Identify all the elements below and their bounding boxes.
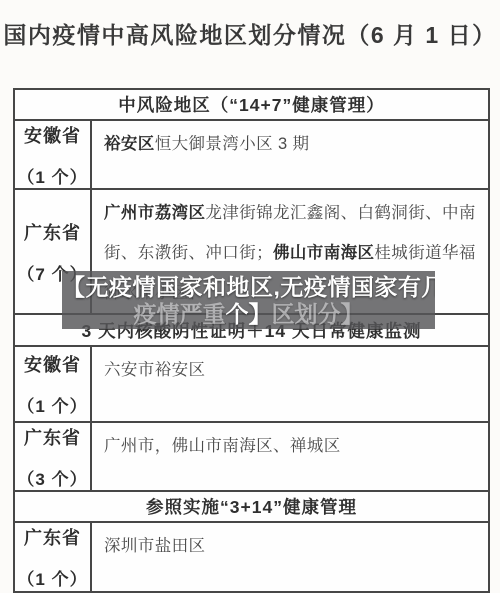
province-name: 广东省 (15, 424, 90, 450)
province-name: 安徽省 (15, 122, 90, 148)
area-detail-cell: 广州市，佛山市南海区、禅城区 (91, 422, 489, 491)
section-row-mid-risk: 中风险地区（“14+7”健康管理） (14, 89, 489, 120)
area-detail-cell: 六安市裕安区 (91, 346, 489, 422)
overlay-caption-line2: 疫情严重个】区划分】 (62, 301, 435, 327)
overlay-caption-line1: 【无疫情国家和地区,无疫情国家有几 (62, 273, 435, 301)
area-text: 恒大御景湾小区 3 期 (155, 135, 310, 153)
overlay-bold-text: 个】 (226, 301, 272, 327)
province-cell: 广东省 （3 个） (14, 422, 91, 491)
province-cell: 安徽省 （1 个） (14, 346, 91, 422)
table-row: 广东省 （3 个） 广州市，佛山市南海区、禅城区 (14, 422, 489, 491)
table-row: 广东省 （1 个） 深圳市盐田区 (14, 522, 489, 592)
district-name: 佛山市南海区 (273, 244, 374, 262)
province-count: （3 个） (15, 465, 90, 490)
area-text: 深圳市盐田区 (104, 537, 205, 555)
table-row: 安徽省 （1 个） 裕安区恒大御景湾小区 3 期 (14, 120, 489, 189)
overlay-faded-text-left: 疫情严重 (134, 301, 226, 327)
province-count: （1 个） (15, 392, 90, 417)
area-detail-cell: 裕安区恒大御景湾小区 3 期 (91, 120, 489, 189)
section-header-mid-risk: 中风险地区（“14+7”健康管理） (14, 89, 489, 120)
overlay-faded-text-right: 区划分】 (272, 301, 364, 327)
province-cell: 广东省 （1 个） (14, 522, 91, 592)
risk-area-table: 中风险地区（“14+7”健康管理） 安徽省 （1 个） 裕安区恒大御景湾小区 3… (13, 88, 490, 593)
area-detail-cell: 深圳市盐田区 (91, 522, 489, 592)
province-name: 广东省 (15, 524, 90, 550)
section-row-3plus14: 参照实施“3+14”健康管理 (14, 491, 489, 522)
section-header-3plus14: 参照实施“3+14”健康管理 (14, 491, 489, 522)
province-name: 安徽省 (15, 351, 90, 377)
district-name: 裕安区 (104, 135, 155, 153)
area-text: 广州市，佛山市南海区、禅城区 (104, 437, 341, 455)
district-name: 广州市荔湾区 (104, 204, 205, 222)
infographic-page: 国内疫情中高风险地区划分情况（6 月 1 日） 中风险地区（“14+7”健康管理… (0, 0, 500, 593)
table-row: 安徽省 （1 个） 六安市裕安区 (14, 346, 489, 422)
province-count: （1 个） (15, 163, 90, 188)
video-title-overlay: 【无疫情国家和地区,无疫情国家有几 疫情严重个】区划分】 (62, 271, 435, 329)
province-count: （1 个） (15, 565, 90, 590)
area-text: 六安市裕安区 (104, 361, 205, 379)
province-cell: 安徽省 （1 个） (14, 120, 91, 189)
page-title: 国内疫情中高风险地区划分情况（6 月 1 日） (0, 17, 500, 50)
province-name: 广东省 (15, 219, 90, 245)
